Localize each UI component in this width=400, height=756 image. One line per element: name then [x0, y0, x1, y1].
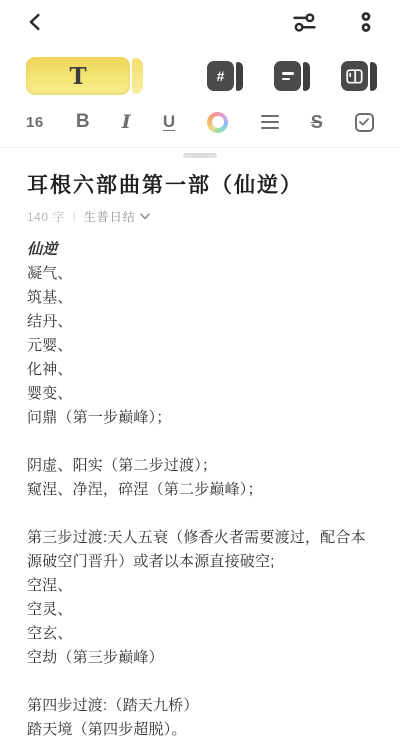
- note-blank-line[interactable]: [27, 430, 373, 454]
- note-meta: 140 字 | 生普日结: [27, 208, 373, 225]
- word-count: 140 字: [27, 208, 65, 225]
- format-toolbar: 16 B I U S: [0, 106, 400, 138]
- note-line[interactable]: 婴变、: [27, 382, 373, 406]
- note-editor-page: T # 16 B I U S: [0, 0, 400, 756]
- italic-button[interactable]: I: [122, 111, 131, 133]
- hash-icon: #: [217, 69, 225, 83]
- chevron-down-icon: [140, 213, 150, 220]
- underline-button[interactable]: U: [163, 112, 175, 132]
- note-line[interactable]: 踏天境（第四步超脱）。: [27, 718, 373, 742]
- bold-button[interactable]: B: [76, 111, 90, 133]
- meta-separator: |: [73, 211, 76, 223]
- text-style-key-active[interactable]: T: [26, 57, 130, 95]
- text-color-button[interactable]: [207, 112, 228, 133]
- tag-key-button[interactable]: #: [207, 61, 234, 91]
- note-body-editor[interactable]: 仙逆 凝气、 筑基、 结丹、 元婴、 化神、 婴变、 问鼎（第一步巅峰）； 阴虚…: [0, 238, 400, 742]
- note-blank-line[interactable]: [27, 670, 373, 694]
- note-line[interactable]: 空灵、: [27, 598, 373, 622]
- checked-box-icon: [355, 113, 374, 132]
- tune-sliders-icon: [292, 10, 317, 35]
- note-line[interactable]: 问鼎（第一步巅峰）；: [27, 406, 373, 430]
- strikethrough-button[interactable]: S: [311, 112, 323, 133]
- note-line[interactable]: 结丹、: [27, 310, 373, 334]
- note-line[interactable]: 凝气、: [27, 262, 373, 286]
- serif-T-icon: T: [69, 65, 86, 88]
- paragraph-key-button[interactable]: [274, 61, 301, 91]
- note-line[interactable]: 窥涅、净涅，碎涅（第二步巅峰）；: [27, 478, 373, 502]
- notebook-name: 生普日结: [84, 208, 136, 225]
- note-line[interactable]: 空涅、: [27, 574, 373, 598]
- note-line[interactable]: 仙逆: [27, 238, 373, 262]
- note-blank-line[interactable]: [27, 502, 373, 526]
- chevron-left-icon: [25, 11, 47, 33]
- tune-filters-button[interactable]: [290, 8, 318, 36]
- more-menu-button[interactable]: [352, 8, 380, 36]
- rainbow-ring-icon: [207, 112, 228, 133]
- sheet-drag-handle[interactable]: [183, 153, 217, 158]
- top-bar-actions: [290, 8, 380, 36]
- todo-checkbox-button[interactable]: [355, 113, 374, 132]
- three-lines-icon: [261, 115, 279, 130]
- note-line[interactable]: 第四步过渡:（踏天九桥）: [27, 694, 373, 718]
- back-button[interactable]: [22, 8, 50, 36]
- note-line[interactable]: 第三步过渡:天人五衰（修香火者需要渡过，配合本源破空门晋升）或者以本源直接破空;: [27, 526, 373, 574]
- toolbar-divider: [0, 147, 400, 148]
- align-button[interactable]: [261, 115, 279, 130]
- notebook-selector[interactable]: 生普日结: [84, 208, 150, 225]
- note-line[interactable]: 空劫（第三步巅峰）: [27, 646, 373, 670]
- top-bar: [0, 0, 400, 44]
- style-keys-group: #: [207, 61, 374, 91]
- note-line[interactable]: 筑基、: [27, 286, 373, 310]
- note-line[interactable]: 阴虚、阳实（第二步过渡）；: [27, 454, 373, 478]
- note-line[interactable]: 化神、: [27, 358, 373, 382]
- note-title[interactable]: 耳根六部曲第一部（仙逆）: [27, 169, 373, 199]
- style-keys-toolbar: T #: [0, 56, 400, 96]
- layout-key-button[interactable]: [341, 61, 368, 91]
- font-size-button[interactable]: 16: [26, 114, 44, 131]
- note-line[interactable]: 元婴、: [27, 334, 373, 358]
- text-lines-icon: [282, 72, 294, 80]
- two-dots-icon: [356, 10, 376, 34]
- column-layout-icon: [346, 69, 363, 84]
- note-line[interactable]: 空玄、: [27, 622, 373, 646]
